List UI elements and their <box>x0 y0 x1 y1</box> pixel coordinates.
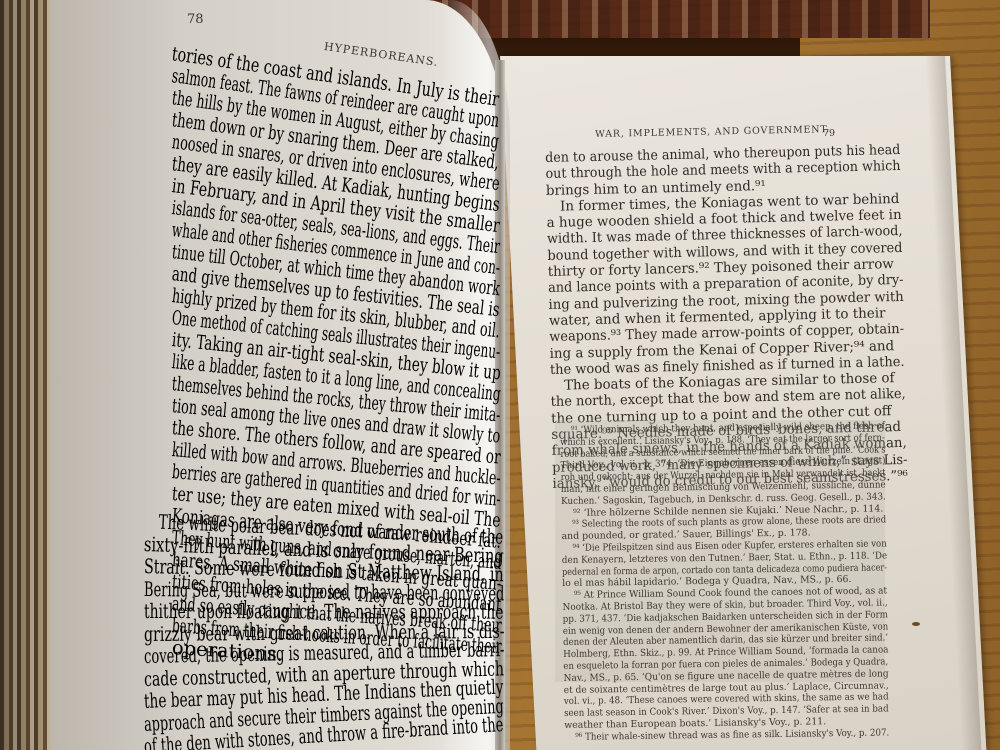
right-footnotes: ⁹¹ ‘Wild animals which they hunt, and es… <box>560 420 894 743</box>
right-page-number: 79 <box>823 128 835 139</box>
left-page-number: 78 <box>187 12 204 27</box>
left-paragraph-2: The white polar bear does not wander sou… <box>144 510 504 750</box>
paper-speck <box>912 622 920 626</box>
background-rug <box>430 0 930 38</box>
